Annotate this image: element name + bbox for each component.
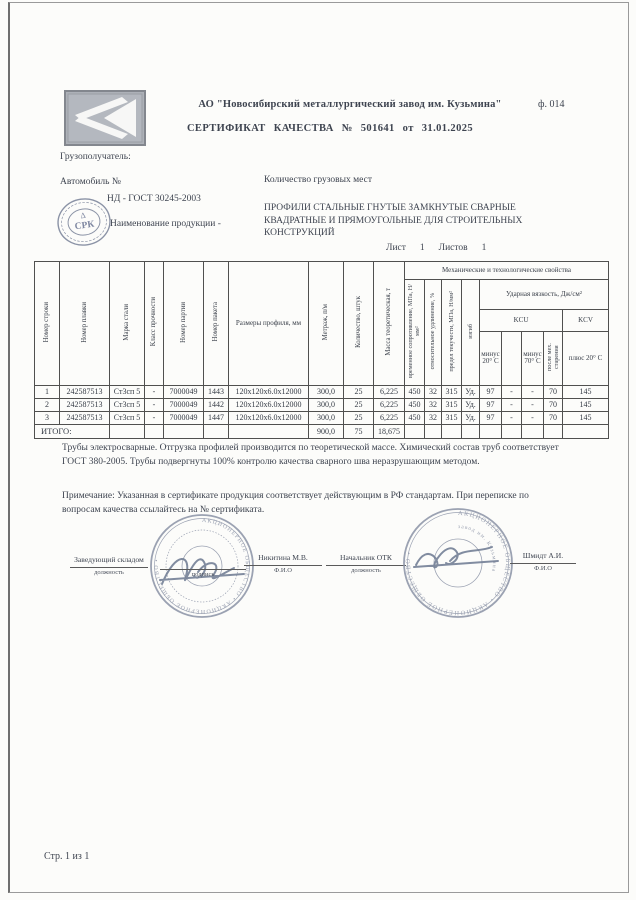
table-cell: 7000049	[164, 411, 204, 424]
signature-caption: Ф.И.О	[244, 566, 322, 574]
signature-caption: должность	[70, 568, 148, 576]
table-cell: 120х120х6.0х12000	[229, 411, 309, 424]
table-cell: -	[502, 398, 522, 411]
totals-mass: 18,675	[374, 424, 405, 438]
table-cell: 300,0	[309, 385, 344, 398]
signature-role: Начальник ОТК	[326, 549, 406, 566]
col-header-steel-grade: Марка стали	[110, 262, 145, 386]
table-cell-empty	[480, 424, 502, 438]
table-cell: 25	[344, 385, 374, 398]
table-cell-empty	[462, 424, 480, 438]
col-header-batch-num: Номер партии	[164, 262, 204, 386]
group-header-kcv: KCV	[563, 310, 609, 332]
col-header-yield: предел текучести, МПа, Н/мм²	[442, 280, 462, 386]
col-header-after-aging: после мех. старения	[544, 332, 563, 386]
table-cell-empty	[164, 424, 204, 438]
group-header-mechanical: Механические и технологические свойства	[405, 262, 609, 280]
col-header-mass: Масса теоретическая, т	[374, 262, 405, 386]
table-cell: 3	[35, 411, 60, 424]
table-cell-empty	[110, 424, 145, 438]
table-cell: 97	[480, 398, 502, 411]
certificate-title: СЕРТИФИКАТ КАЧЕСТВА № 501641 от 31.01.20…	[150, 123, 510, 134]
table-cell: -	[145, 411, 164, 424]
vehicle-label: Автомобиль №	[60, 177, 121, 187]
table-cell: -	[502, 385, 522, 398]
table-cell: 25	[344, 411, 374, 424]
table-cell-empty	[204, 424, 229, 438]
table-cell: Ст3сп 5	[110, 398, 145, 411]
totals-length: 900,0	[309, 424, 344, 438]
group-header-kcu: KCU	[480, 310, 563, 332]
table-cell-empty	[405, 424, 425, 438]
signature-block-shmidt: Шмидт А.И. Ф.И.О	[510, 547, 576, 572]
table-row: 2242587513Ст3сп 5-70000491442120х120х6.0…	[35, 398, 609, 411]
table-cell: 6,225	[374, 398, 405, 411]
table-cell: 145	[563, 411, 609, 424]
table-cell: Уд.	[462, 385, 480, 398]
sheets-label: Листов	[439, 243, 468, 253]
table-cell: -	[522, 398, 544, 411]
table-cell: 70	[544, 411, 563, 424]
sheet-value: 1	[420, 243, 425, 253]
table-cell-empty	[502, 424, 522, 438]
page-number: Стр. 1 из 1	[44, 851, 89, 862]
table-cell: 315	[442, 398, 462, 411]
company-logo-icon	[64, 90, 146, 146]
sheet-counter: Лист1Листов1	[386, 243, 500, 253]
product-label: Наименование продукции -	[110, 219, 221, 229]
col-header-plus20: плюс 20° С	[563, 332, 609, 386]
form-code: ф. 014	[538, 99, 564, 110]
table-totals-row: ИТОГО: 900,0 75 18,675	[35, 424, 609, 438]
table-cell-empty	[145, 424, 164, 438]
round-stamp-icon: АКЦИОНЕРНОЕ ОБЩЕСТВО • АКЦИОНЕРНОЕ ОБЩЕС…	[398, 503, 518, 623]
col-header-length: Метраж, п/м	[309, 262, 344, 386]
handwritten-signature	[414, 547, 498, 567]
table-cell: -	[522, 411, 544, 424]
signature-block-warehouse: Заведующий складом должность	[70, 541, 148, 576]
table-cell: 70	[544, 398, 563, 411]
col-header-strength-class: Класс прочности	[145, 262, 164, 386]
table-cell: 2	[35, 398, 60, 411]
table-cell-empty	[442, 424, 462, 438]
table-cell: 32	[425, 398, 442, 411]
table-cell: -	[502, 411, 522, 424]
table-cell: -	[145, 398, 164, 411]
table-cell: 450	[405, 385, 425, 398]
table-cell: 1442	[204, 398, 229, 411]
col-header-heat-num: Номер плавки	[60, 262, 110, 386]
table-cell: 120х120х6.0х12000	[229, 385, 309, 398]
signature-name: Никитина М.В.	[244, 549, 322, 566]
table-cell: 300,0	[309, 411, 344, 424]
signature-name: Шмидт А.И.	[510, 547, 576, 564]
col-header-minus20: минус 20° С	[480, 332, 502, 386]
col-header-minus70: минус 70° С	[522, 332, 544, 386]
signature-caption: Ф.И.О	[510, 564, 576, 572]
table-cell: 97	[480, 385, 502, 398]
table-cell: 120х120х6.0х12000	[229, 398, 309, 411]
table-cell: Уд.	[462, 411, 480, 424]
group-header-impact: Ударная вязкость, Дж/см²	[480, 280, 609, 310]
col-header-row-num: Номер строки	[35, 262, 60, 386]
product-name: ПРОФИЛИ СТАЛЬНЫЕ ГНУТЫЕ ЗАМКНУТЫЕ СВАРНЫ…	[264, 202, 576, 240]
col-header-quantity: Количество, штук	[344, 262, 374, 386]
srk-stamp-symbol: Δ	[80, 211, 86, 221]
table-cell: 25	[344, 398, 374, 411]
signature-block-otk: Начальник ОТК должность	[326, 549, 406, 574]
table-cell: 1443	[204, 385, 229, 398]
col-header-tensile: временное сопротивление, МПа, Н/мм²	[405, 280, 425, 386]
table-cell: 6,225	[374, 411, 405, 424]
round-stamp-icon: АКЦИОНЕРНОЕ ОБЩЕСТВО • АКЦИОНЕРНОЕ ОБЩЕС…	[146, 510, 258, 622]
table-cell: Ст3сп 5	[110, 385, 145, 398]
table-cell: 315	[442, 385, 462, 398]
table-cell: 145	[563, 398, 609, 411]
table-cell-empty	[229, 424, 309, 438]
table-cell: 1447	[204, 411, 229, 424]
table-cell: 450	[405, 398, 425, 411]
totals-label: ИТОГО:	[35, 424, 110, 438]
col-header-pack-num: Номер пакета	[204, 262, 229, 386]
consignee-label: Грузополучатель:	[60, 152, 131, 162]
table-cell: -	[145, 385, 164, 398]
srk-certification-stamp-icon: Δ СРК	[53, 193, 115, 250]
table-cell: 97	[480, 411, 502, 424]
table-cell: 7000049	[164, 385, 204, 398]
note-paragraph-1: Трубы электросварные. Отгрузка профилей …	[62, 441, 568, 469]
col-header-bend: изгиб	[462, 280, 480, 386]
table-cell-empty	[522, 424, 544, 438]
totals-quantity: 75	[344, 424, 374, 438]
table-cell: 300,0	[309, 398, 344, 411]
table-cell: 242587513	[60, 385, 110, 398]
table-row: 3242587513Ст3сп 5-70000491447120х120х6.0…	[35, 411, 609, 424]
table-cell: 32	[425, 411, 442, 424]
table-cell: -	[522, 385, 544, 398]
sheet-label: Лист	[386, 243, 406, 253]
col-header-elongation: относительное удлинение, %	[425, 280, 442, 386]
certificate-page: АО "Новосибирский металлургический завод…	[0, 0, 636, 900]
col-header-blank	[502, 332, 522, 386]
signature-role: Заведующий складом	[70, 541, 148, 568]
table-cell: Ст3сп 5	[110, 411, 145, 424]
table-cell: 32	[425, 385, 442, 398]
signature-caption: должность	[326, 566, 406, 574]
table-cell-empty	[563, 424, 609, 438]
table-cell: 70	[544, 385, 563, 398]
table-cell: 450	[405, 411, 425, 424]
certificate-table: Номер строки Номер плавки Марка стали Кл…	[34, 261, 609, 439]
col-header-profile-size: Размеры профиля, мм	[229, 262, 309, 386]
cargo-places-label: Количество грузовых мест	[264, 175, 372, 185]
table-cell: 145	[563, 385, 609, 398]
table-cell-empty	[544, 424, 563, 438]
srk-stamp-text: СРК	[74, 220, 95, 233]
company-name: АО "Новосибирский металлургический завод…	[168, 99, 532, 110]
table-cell: 6,225	[374, 385, 405, 398]
table-cell: 315	[442, 411, 462, 424]
table-cell: Уд.	[462, 398, 480, 411]
table-cell: 7000049	[164, 398, 204, 411]
table-cell: 242587513	[60, 411, 110, 424]
standard-reference: НД - ГОСТ 30245-2003	[107, 194, 201, 204]
signature-block-nikitina: Никитина М.В. Ф.И.О	[244, 549, 322, 574]
signature-line-sign: подпись	[160, 569, 246, 578]
table-row: 1242587513Ст3сп 5-70000491443120х120х6.0…	[35, 385, 609, 398]
table-cell: 242587513	[60, 398, 110, 411]
table-cell-empty	[425, 424, 442, 438]
table-cell: 1	[35, 385, 60, 398]
sheets-value: 1	[482, 243, 487, 253]
